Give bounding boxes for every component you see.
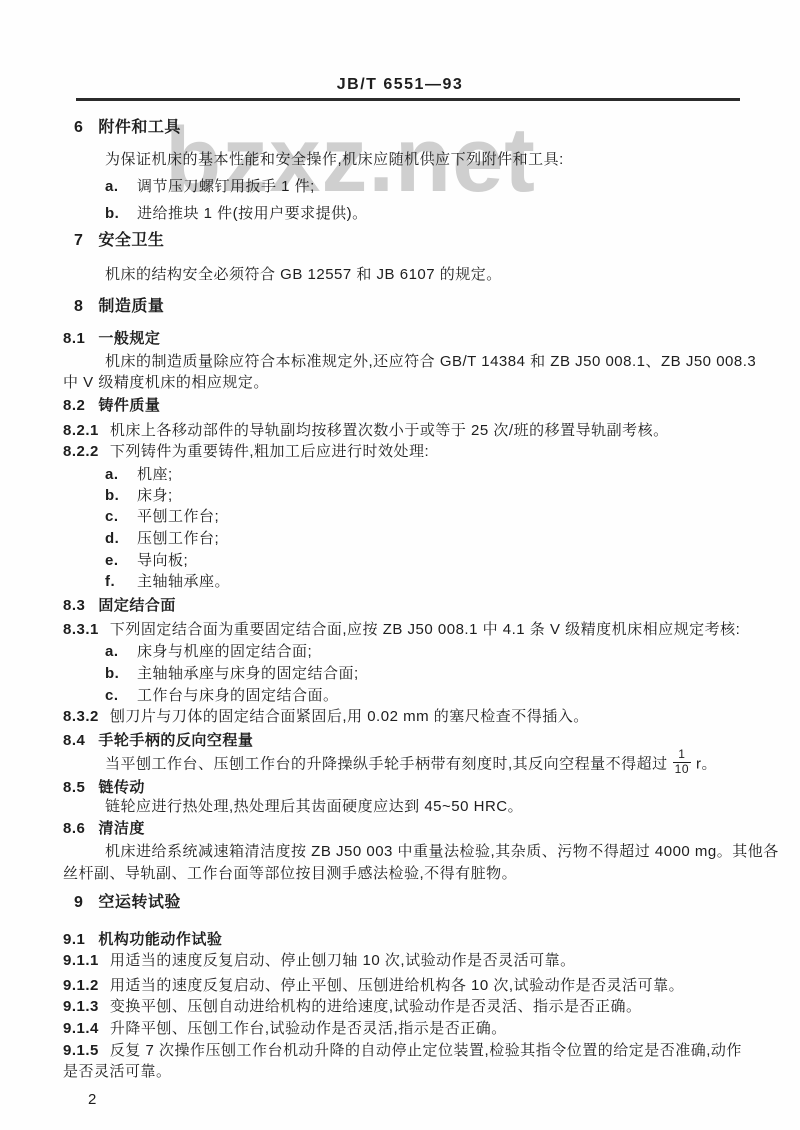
list-text: 机座; xyxy=(137,466,173,483)
section-8-5-body: 链轮应进行热处理,热处理后其齿面硬度应达到 45~50 HRC。 xyxy=(63,797,742,817)
clause-number: 8.2.2 xyxy=(63,443,99,460)
section-8-6-heading: 8.6清洁度 xyxy=(63,819,742,839)
section-9-1-heading: 9.1机构功能动作试验 xyxy=(63,930,742,950)
header-rule xyxy=(76,98,740,101)
list-text: 平刨工作台; xyxy=(137,508,219,525)
list-text: 工作台与床身的固定结合面。 xyxy=(137,687,339,704)
section-number: 6 xyxy=(74,119,83,136)
clause-number: 9.1.5 xyxy=(63,1042,99,1059)
paragraph: 机床的制造质量除应符合本标准规定外,还应符合 GB/T 14384 和 ZB J… xyxy=(63,352,742,372)
list-text: 主轴轴承座。 xyxy=(137,573,230,590)
list-marker: c. xyxy=(105,507,137,527)
section-8-4-heading: 8.4手轮手柄的反向空程量 xyxy=(63,731,742,751)
clause-number: 8.3.2 xyxy=(63,708,99,725)
list-marker: d. xyxy=(105,529,137,549)
list-marker: a. xyxy=(105,465,137,485)
clause-text: 升降平刨、压刨工作台,试验动作是否灵活,指示是否正确。 xyxy=(110,1020,507,1037)
clause-text: 机床上各移动部件的导轨副均按移置次数小于或等于 25 次/班的移置导轨副考核。 xyxy=(110,422,669,439)
list-item-a: a.床身与机座的固定结合面; xyxy=(63,642,742,662)
fraction-denominator: 10 xyxy=(673,763,691,777)
list-marker: b. xyxy=(105,204,137,224)
list-item-a: a.调节压刀螺钉用扳手 1 件; xyxy=(63,177,742,197)
list-text: 主轴轴承座与床身的固定结合面; xyxy=(137,665,359,682)
section-number: 8.6 xyxy=(63,820,85,837)
section-title: 附件和工具 xyxy=(98,119,181,136)
list-marker: f. xyxy=(105,572,137,592)
fraction-numerator: 1 xyxy=(673,748,691,763)
paragraph-text: r。 xyxy=(696,755,717,772)
fraction: 110 xyxy=(673,748,691,777)
clause-text: 用适当的速度反复启动、停止平刨、压刨进给机构各 10 次,试验动作是否灵活可靠。 xyxy=(110,977,684,994)
list-text: 压刨工作台; xyxy=(137,530,219,547)
clause-number: 8.3.1 xyxy=(63,621,99,638)
section-title: 制造质量 xyxy=(98,298,164,315)
clause-8-3-2: 8.3.2刨刀片与刀体的固定结合面紧固后,用 0.02 mm 的塞尺检查不得插入… xyxy=(63,707,742,727)
clause-8-3-1: 8.3.1下列固定结合面为重要固定结合面,应按 ZB J50 008.1 中 4… xyxy=(63,620,742,640)
section-number: 7 xyxy=(74,232,83,249)
list-item-c: c.平刨工作台; xyxy=(63,507,742,527)
clause-9-1-3: 9.1.3变换平刨、压刨自动进给机构的进给速度,试验动作是否灵活、指示是否正确。 xyxy=(63,997,742,1017)
section-8-4-body: 当平刨工作台、压刨工作台的升降操纵手轮手柄带有刻度时,其反向空程量不得超过110… xyxy=(63,750,742,779)
list-text: 进给推块 1 件(按用户要求提供)。 xyxy=(137,205,368,222)
clause-text: 下列铸件为重要铸件,粗加工后应进行时效处理: xyxy=(110,443,429,460)
section-6-intro: 为保证机床的基本性能和安全操作,机床应随机供应下列附件和工具: xyxy=(63,150,742,170)
clause-text: 变换平刨、压刨自动进给机构的进给速度,试验动作是否灵活、指示是否正确。 xyxy=(110,998,642,1015)
section-title: 空运转试验 xyxy=(98,894,181,911)
list-marker: c. xyxy=(105,686,137,706)
section-title: 机构功能动作试验 xyxy=(98,931,222,948)
clause-text: 反复 7 次操作压刨工作台机动升降的自动停止定位装置,检验其指令位置的给定是否准… xyxy=(110,1042,742,1059)
section-8-heading: 8制造质量 xyxy=(63,297,742,317)
section-8-5-heading: 8.5链传动 xyxy=(63,778,742,798)
clause-number: 9.1.3 xyxy=(63,998,99,1015)
paragraph: 机床进给系统减速箱清洁度按 ZB J50 003 中重量法检验,其杂质、污物不得… xyxy=(63,842,742,862)
list-item-b: b.床身; xyxy=(63,486,742,506)
paragraph-continuation: 丝杆副、导轨副、工作台面等部位按目测手感法检验,不得有脏物。 xyxy=(63,864,742,884)
page-number: 2 xyxy=(88,1091,96,1108)
clause-9-1-4: 9.1.4升降平刨、压刨工作台,试验动作是否灵活,指示是否正确。 xyxy=(63,1019,742,1039)
clause-number: 9.1.4 xyxy=(63,1020,99,1037)
list-marker: b. xyxy=(105,486,137,506)
clause-9-1-5-continuation: 是否灵活可靠。 xyxy=(63,1062,742,1082)
section-title: 手轮手柄的反向空程量 xyxy=(98,732,253,749)
paragraph-text: 当平刨工作台、压刨工作台的升降操纵手轮手柄带有刻度时,其反向空程量不得超过 xyxy=(105,755,668,772)
clause-9-1-5: 9.1.5反复 7 次操作压刨工作台机动升降的自动停止定位装置,检验其指令位置的… xyxy=(63,1041,742,1061)
clause-text: 刨刀片与刀体的固定结合面紧固后,用 0.02 mm 的塞尺检查不得插入。 xyxy=(110,708,589,725)
list-marker: b. xyxy=(105,664,137,684)
list-marker: a. xyxy=(105,177,137,197)
section-7-heading: 7安全卫生 xyxy=(63,231,742,251)
clause-number: 9.1.2 xyxy=(63,977,99,994)
clause-8-2-2: 8.2.2下列铸件为重要铸件,粗加工后应进行时效处理: xyxy=(63,442,742,462)
section-title: 一般规定 xyxy=(98,330,160,347)
section-6-heading: 6附件和工具 xyxy=(63,118,742,138)
section-9-heading: 9空运转试验 xyxy=(63,893,742,913)
list-item-b: b.主轴轴承座与床身的固定结合面; xyxy=(63,664,742,684)
section-8-1-heading: 8.1一般规定 xyxy=(63,329,742,349)
section-number: 8.3 xyxy=(63,597,85,614)
section-number: 9 xyxy=(74,894,83,911)
section-number: 9.1 xyxy=(63,931,85,948)
list-item-f: f.主轴轴承座。 xyxy=(63,572,742,592)
section-title: 清洁度 xyxy=(98,820,145,837)
document-page: bzxz.net JB/T 6551—93 6附件和工具 为保证机床的基本性能和… xyxy=(0,0,800,1130)
paragraph-continuation: 中 V 级精度机床的相应规定。 xyxy=(63,373,742,393)
section-8-3-heading: 8.3固定结合面 xyxy=(63,596,742,616)
clause-9-1-1: 9.1.1用适当的速度反复启动、停止刨刀轴 10 次,试验动作是否灵活可靠。 xyxy=(63,951,742,971)
list-marker: a. xyxy=(105,642,137,662)
list-text: 导向板; xyxy=(137,552,188,569)
list-item-e: e.导向板; xyxy=(63,551,742,571)
list-item-b: b.进给推块 1 件(按用户要求提供)。 xyxy=(63,204,742,224)
section-number: 8.4 xyxy=(63,732,85,749)
clause-9-1-2: 9.1.2用适当的速度反复启动、停止平刨、压刨进给机构各 10 次,试验动作是否… xyxy=(63,976,742,996)
list-item-c: c.工作台与床身的固定结合面。 xyxy=(63,686,742,706)
list-text: 调节压刀螺钉用扳手 1 件; xyxy=(137,178,315,195)
clause-number: 8.2.1 xyxy=(63,422,99,439)
section-number: 8 xyxy=(74,298,83,315)
clause-text: 用适当的速度反复启动、停止刨刀轴 10 次,试验动作是否灵活可靠。 xyxy=(110,952,576,969)
section-number: 8.5 xyxy=(63,779,85,796)
section-title: 链传动 xyxy=(98,779,145,796)
list-item-a: a.机座; xyxy=(63,465,742,485)
section-number: 8.2 xyxy=(63,397,85,414)
standard-code: JB/T 6551—93 xyxy=(0,76,800,94)
list-text: 床身与机座的固定结合面; xyxy=(137,643,312,660)
clause-number: 9.1.1 xyxy=(63,952,99,969)
section-7-body: 机床的结构安全必须符合 GB 12557 和 JB 6107 的规定。 xyxy=(63,265,742,285)
section-8-2-heading: 8.2铸件质量 xyxy=(63,396,742,416)
list-marker: e. xyxy=(105,551,137,571)
section-title: 安全卫生 xyxy=(98,232,164,249)
clause-text: 下列固定结合面为重要固定结合面,应按 ZB J50 008.1 中 4.1 条 … xyxy=(110,621,740,638)
list-item-d: d.压刨工作台; xyxy=(63,529,742,549)
clause-8-2-1: 8.2.1机床上各移动部件的导轨副均按移置次数小于或等于 25 次/班的移置导轨… xyxy=(63,421,742,441)
section-title: 固定结合面 xyxy=(98,597,176,614)
section-number: 8.1 xyxy=(63,330,85,347)
list-text: 床身; xyxy=(137,487,173,504)
section-title: 铸件质量 xyxy=(98,397,160,414)
